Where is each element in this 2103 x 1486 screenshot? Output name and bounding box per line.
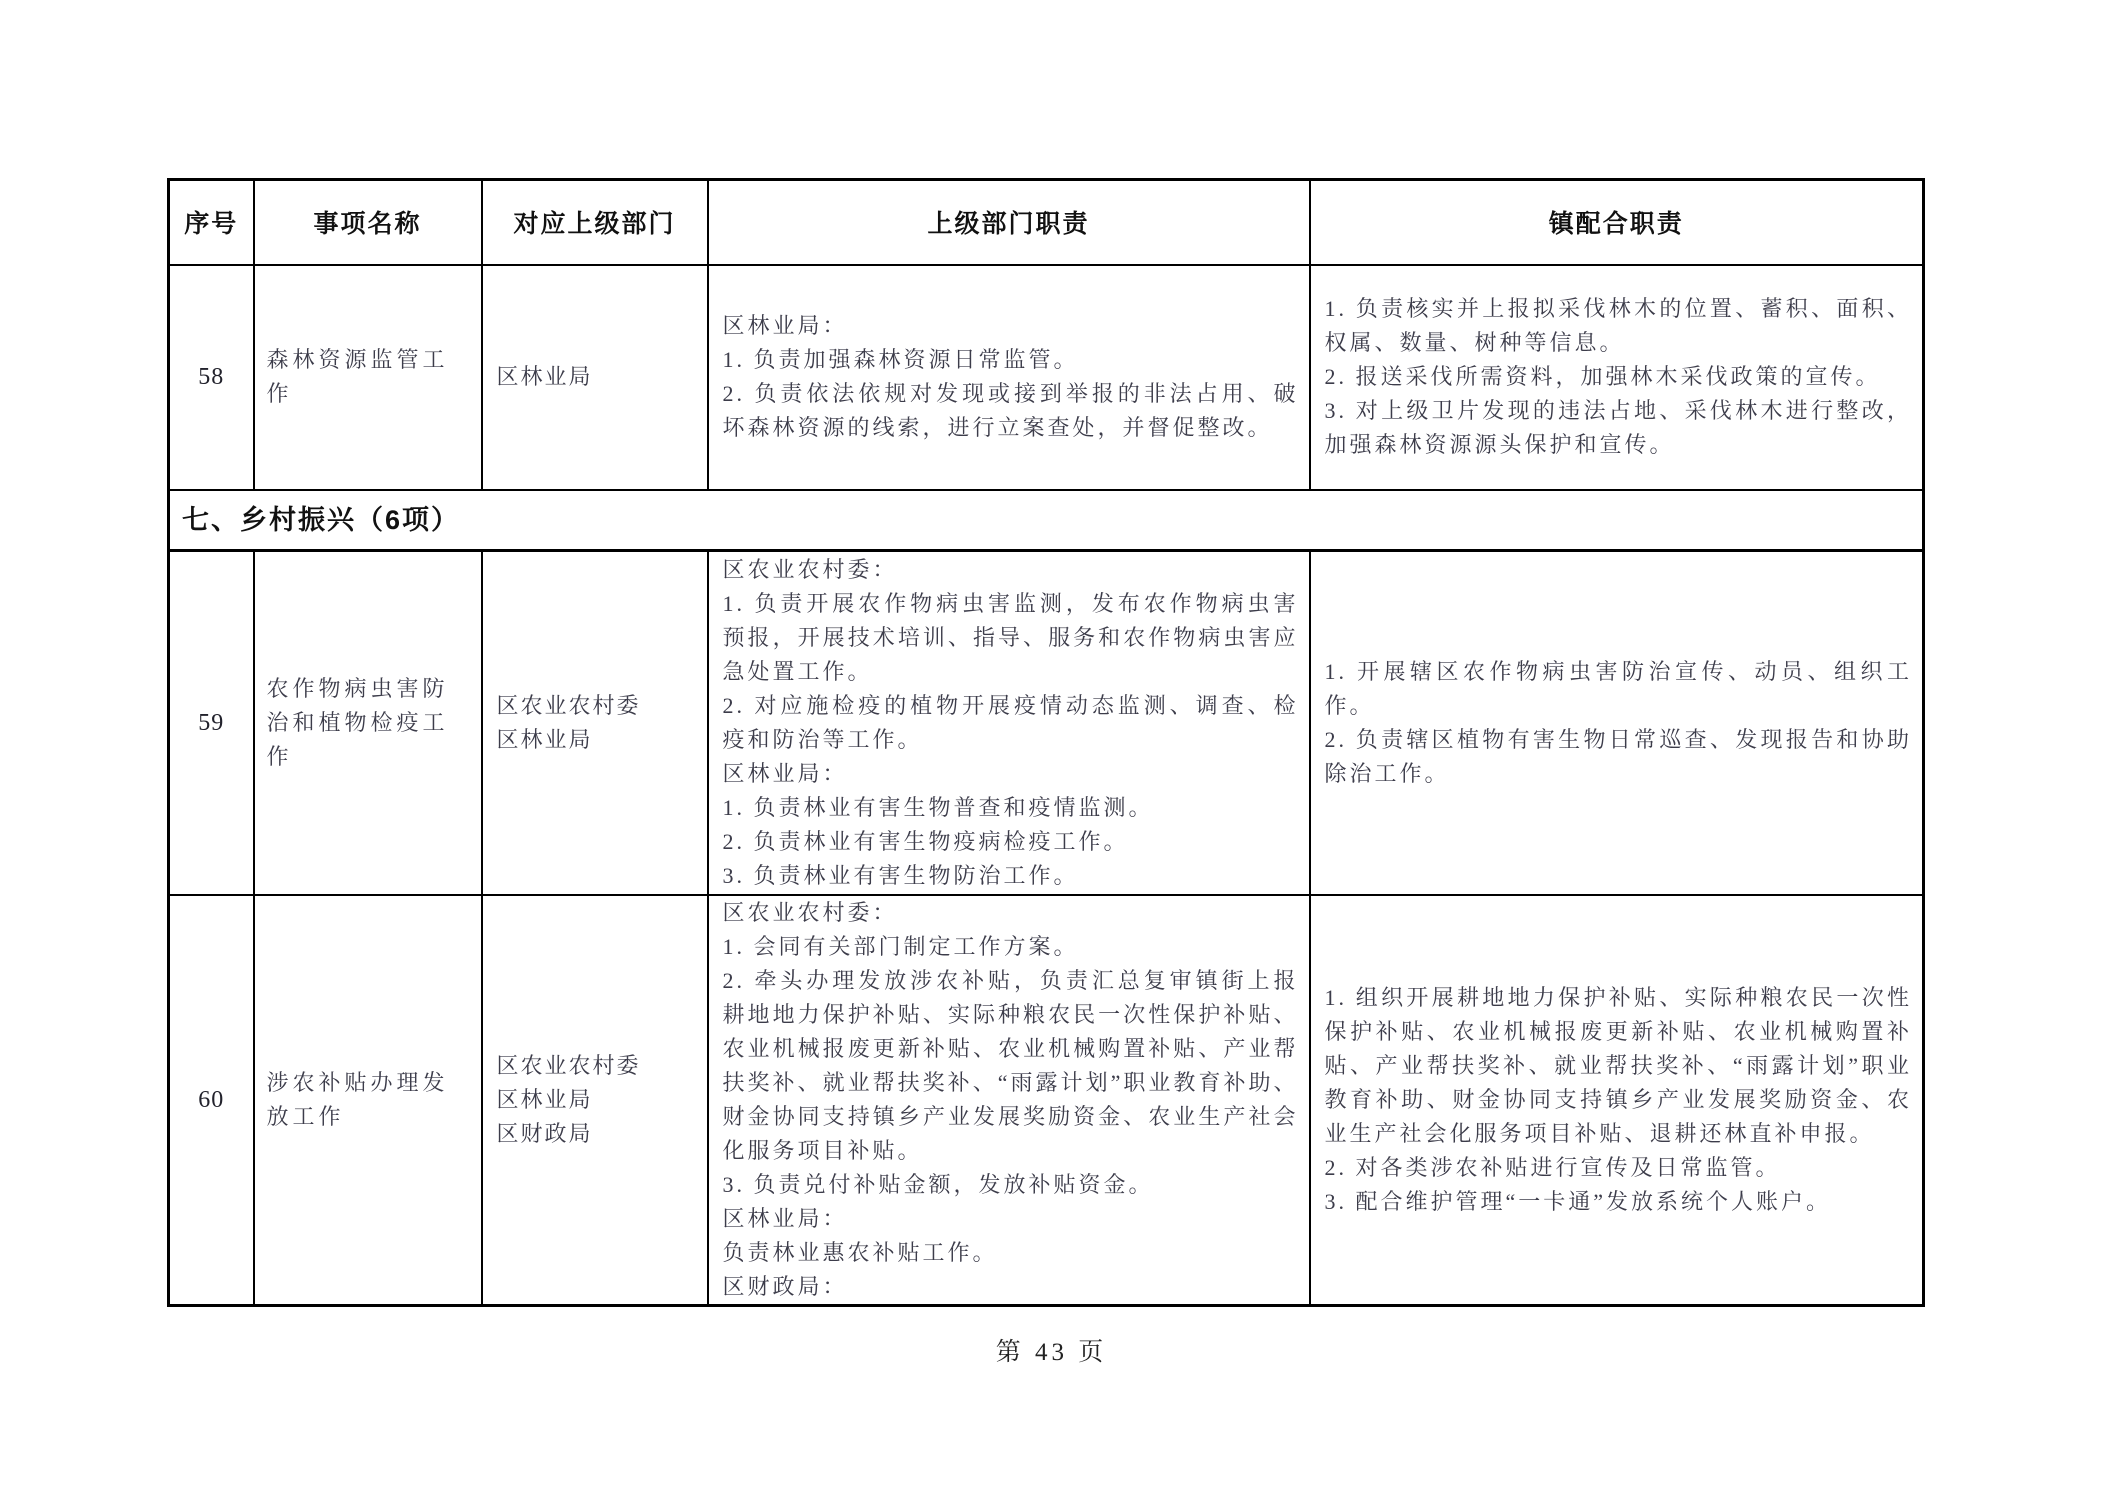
header-item-name: 事项名称	[254, 180, 482, 265]
row-60-superior-duties: 区农业农村委： 1. 会同有关部门制定工作方案。 2. 牵头办理发放涉农补贴，负…	[708, 895, 1310, 1306]
row-58-seq: 58	[169, 265, 254, 490]
header-seq: 序号	[169, 180, 254, 265]
section-title: 七、乡村振兴（6项）	[169, 490, 1924, 551]
row-58-town-duties: 1. 负责核实并上报拟采伐林木的位置、蓄积、面积、权属、数量、树种等信息。 2.…	[1310, 265, 1924, 490]
row-60-town-duties: 1. 组织开展耕地地力保护补贴、实际种粮农民一次性保护补贴、农业机械报废更新补贴…	[1310, 895, 1924, 1306]
header-superior-duties: 上级部门职责	[708, 180, 1310, 265]
row-60-seq: 60	[169, 895, 254, 1306]
header-superior-department: 对应上级部门	[482, 180, 708, 265]
row-58-departments: 区林业局	[482, 265, 708, 490]
row-59-town-duties: 1. 开展辖区农作物病虫害防治宣传、动员、组织工作。 2. 负责辖区植物有害生物…	[1310, 551, 1924, 895]
header-town-duties: 镇配合职责	[1310, 180, 1924, 265]
row-59-superior-duties: 区农业农村委： 1. 负责开展农作物病虫害监测，发布农作物病虫害预报，开展技术培…	[708, 551, 1310, 895]
document-page: 序号 事项名称 对应上级部门 上级部门职责 镇配合职责 58 森林资源监管工作 …	[0, 0, 2103, 1486]
row-59-item-name: 农作物病虫害防治和植物检疫工作	[254, 551, 482, 895]
row-58-superior-duties: 区林业局： 1. 负责加强森林资源日常监管。 2. 负责依法依规对发现或接到举报…	[708, 265, 1310, 490]
table-header-row: 序号 事项名称 对应上级部门 上级部门职责 镇配合职责	[169, 180, 1924, 265]
table-row: 59 农作物病虫害防治和植物检疫工作 区农业农村委 区林业局 区农业农村委： 1…	[169, 551, 1924, 895]
page-number: 第 43 页	[0, 1332, 2103, 1368]
row-59-seq: 59	[169, 551, 254, 895]
duties-table: 序号 事项名称 对应上级部门 上级部门职责 镇配合职责 58 森林资源监管工作 …	[167, 178, 1925, 1307]
row-60-departments: 区农业农村委 区林业局 区财政局	[482, 895, 708, 1306]
row-59-departments: 区农业农村委 区林业局	[482, 551, 708, 895]
row-58-item-name: 森林资源监管工作	[254, 265, 482, 490]
row-60-item-name: 涉农补贴办理发放工作	[254, 895, 482, 1306]
table-row: 58 森林资源监管工作 区林业局 区林业局： 1. 负责加强森林资源日常监管。 …	[169, 265, 1924, 490]
section-header-row: 七、乡村振兴（6项）	[169, 490, 1924, 551]
table-row: 60 涉农补贴办理发放工作 区农业农村委 区林业局 区财政局 区农业农村委： 1…	[169, 895, 1924, 1306]
